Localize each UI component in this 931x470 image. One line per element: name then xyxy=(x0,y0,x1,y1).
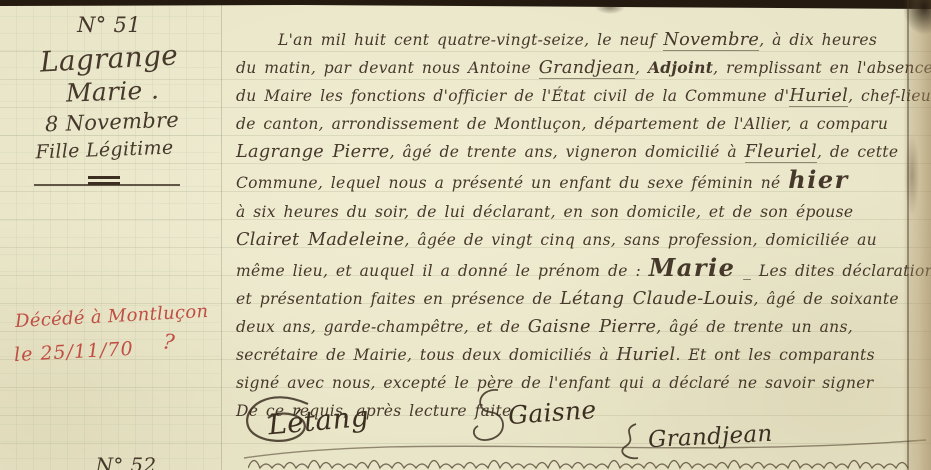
act-line: signé avec nous, excepté le père de l'en… xyxy=(236,369,908,397)
margin-crease-line xyxy=(221,0,222,470)
act-line: du Maire les fonctions d'officier de l'É… xyxy=(236,82,908,110)
ink-smudge xyxy=(585,0,635,26)
child-given-name: Marie . xyxy=(30,74,196,109)
act-body: L'an mil huit cent quatre-vingt-seize, l… xyxy=(236,26,908,425)
act-line: Lagrange Pierre, âgé de trente ans, vign… xyxy=(236,138,908,166)
act-line: à six heures du soir, de lui déclarant, … xyxy=(236,198,908,226)
birth-date: 8 Novembre xyxy=(22,107,203,137)
margin-separator-dash xyxy=(88,182,120,185)
child-surname: Lagrange xyxy=(13,37,204,80)
filiation-note: Fille Légitime xyxy=(2,135,208,164)
act-line: Clairet Madeleine, âgée de vingt cinq an… xyxy=(236,226,908,254)
act-line: de canton, arrondissement de Montluçon, … xyxy=(236,110,908,138)
margin-separator-dash xyxy=(88,176,120,179)
death-annotation-place: Décédé à Montluçon xyxy=(15,301,209,332)
signature-grandjean: Grandjean xyxy=(647,421,773,453)
death-annotation-date: le 25/11/70 xyxy=(14,338,135,366)
act-line: deux ans, garde-champêtre, et de Gaisne … xyxy=(236,313,908,341)
next-act-partial-line xyxy=(248,452,912,470)
death-annotation-question-mark: ? xyxy=(161,329,176,354)
act-line: secrétaire de Mairie, tous deux domicili… xyxy=(236,341,908,369)
act-line: du matin, par devant nous Antoine Grandj… xyxy=(236,54,908,82)
register-page-scan: N° 51 Lagrange Marie . 8 Novembre Fille … xyxy=(0,0,931,470)
scan-top-edge xyxy=(0,0,931,9)
next-act-number: N° 52 xyxy=(76,453,176,470)
act-line: et présentation faites en présence de Lé… xyxy=(236,285,908,313)
signature-gaisne: Gaisne xyxy=(507,395,597,430)
act-number: N° 51 xyxy=(0,13,218,37)
act-line: même lieu, et auquel il a donné le préno… xyxy=(236,254,908,285)
act-line: Commune, lequel nous a présenté un enfan… xyxy=(236,166,908,197)
act-line: L'an mil huit cent quatre-vingt-seize, l… xyxy=(236,26,908,54)
